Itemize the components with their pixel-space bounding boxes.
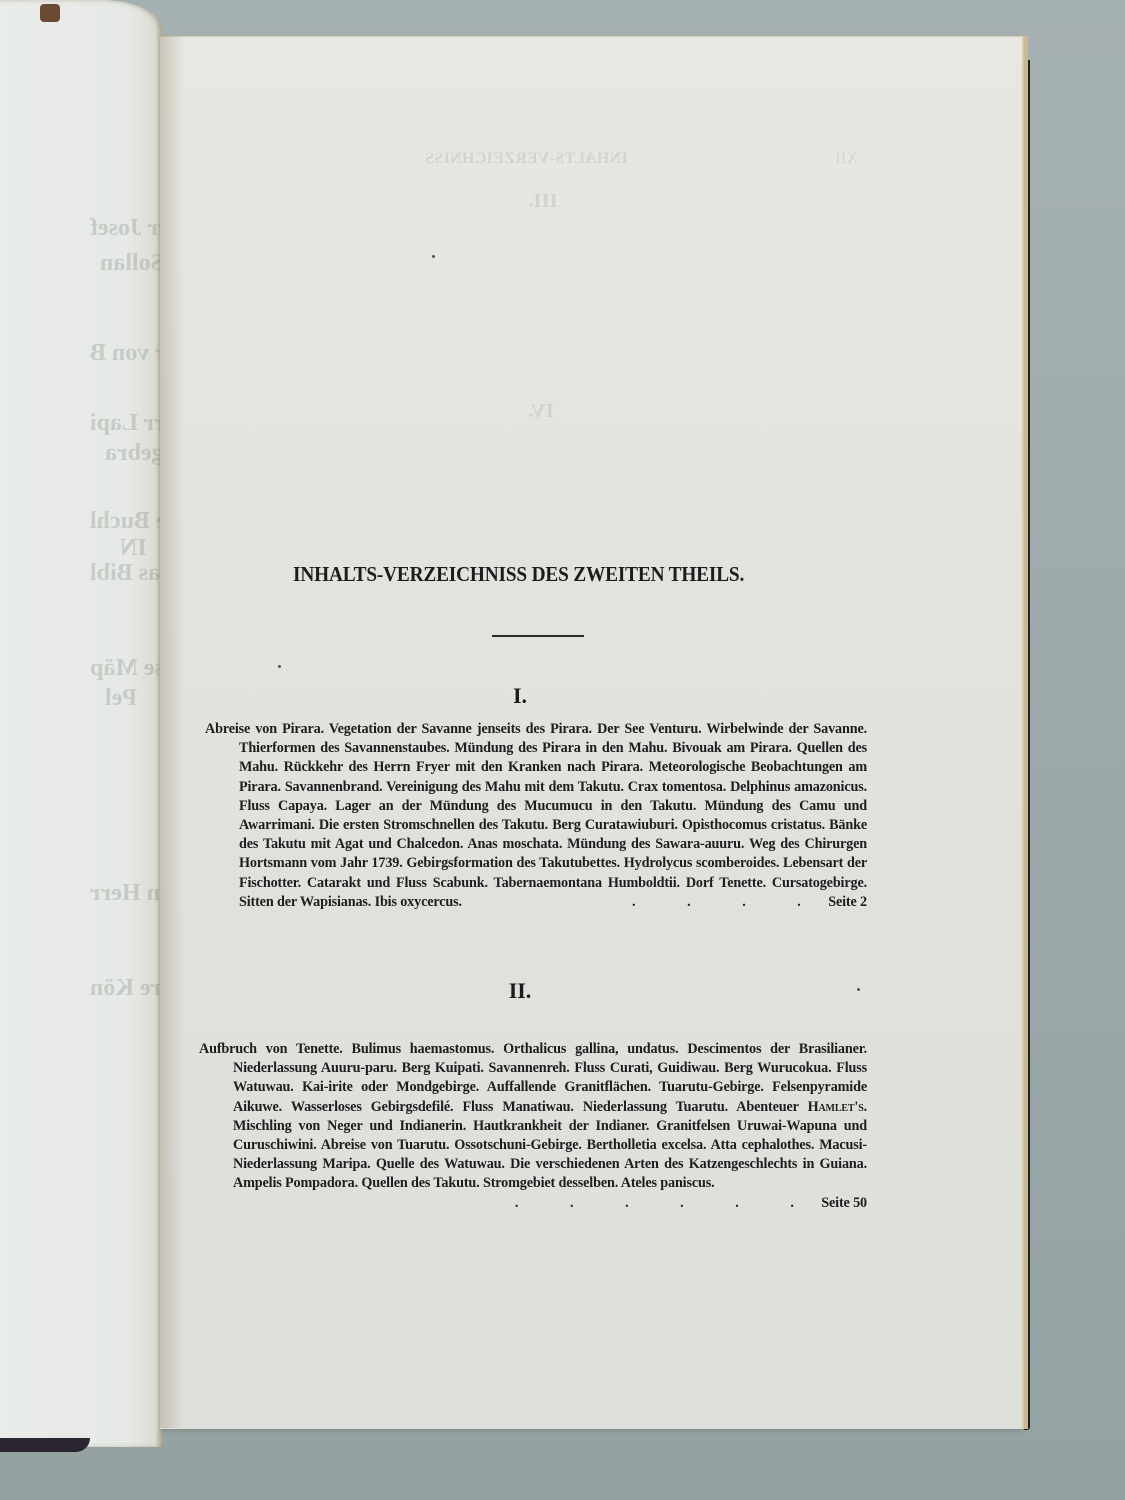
page-number: 50 (853, 1195, 867, 1211)
page-label: Seite (821, 1195, 849, 1211)
section-numeral: II. (185, 978, 855, 1004)
bleedthrough-fragment: gebra (105, 440, 164, 467)
bleedthrough-numeral: IV. (528, 400, 554, 423)
leader-dots: . . . . . . (515, 1195, 818, 1211)
paper-speck (432, 255, 435, 258)
section-text: Abreise von Pirara. Vegetation der Savan… (205, 721, 867, 910)
page-reference: . . . . Seite 2 (666, 893, 867, 912)
back-cover-edge (1024, 60, 1030, 1430)
page-title: INHALTS-VERZEICHNISS DES ZWEITEN THEILS. (293, 562, 735, 587)
cover-edge (0, 1438, 90, 1452)
cover-edge (40, 4, 60, 22)
section-text-smallcaps: Hamlet's. (808, 1099, 867, 1115)
title-rule (492, 635, 584, 637)
bleedthrough-numeral: III. (528, 190, 558, 213)
bleedthrough-fragment: IN (120, 535, 147, 562)
section-numeral: I. (185, 683, 855, 709)
section-entry: Aufbruch von Tenette. Bulimus haemastomu… (199, 1040, 867, 1213)
section-text: Aufbruch von Tenette. Bulimus haemastomu… (199, 1041, 867, 1115)
leader-dots: . . . . (632, 894, 825, 910)
left-page: Herr Josef Sollan Herr von B Herr Lapi g… (0, 0, 162, 1447)
bleedthrough-page-number: XII (835, 150, 858, 168)
page-number: 2 (860, 894, 867, 910)
section-text: Mischling von Neger und Indianerin. Haut… (233, 1118, 867, 1192)
paper-speck (857, 988, 860, 991)
page-reference: . . . . . . Seite 50 (549, 1194, 867, 1213)
bleedthrough-header: INHALTS-VERZEICHNISS (425, 150, 628, 168)
page-label: Seite (828, 894, 856, 910)
bleedthrough-fragment: Pel (105, 685, 137, 712)
section-entry: Abreise von Pirara. Vegetation der Savan… (205, 720, 867, 912)
spine-shadow (160, 36, 184, 1428)
bleedthrough-fragment: Sollan (100, 250, 164, 277)
paper-speck (278, 665, 281, 668)
